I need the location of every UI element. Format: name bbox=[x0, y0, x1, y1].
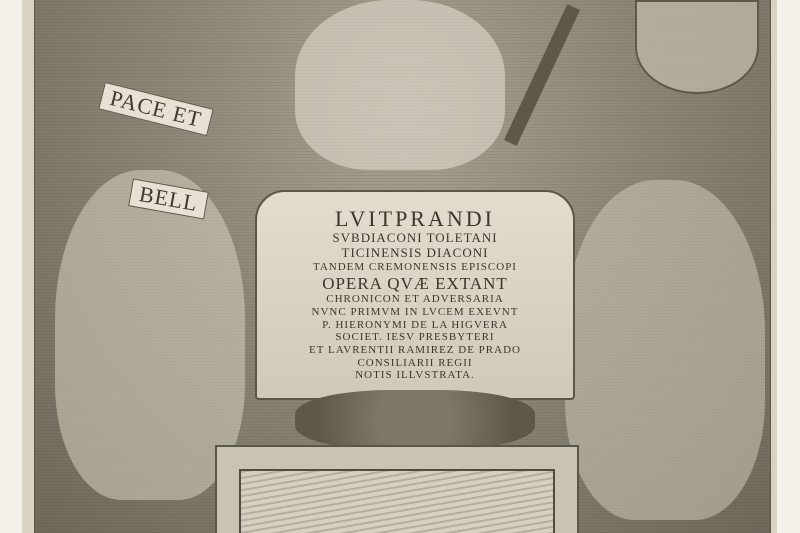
inscription-line: CHRONICON ET ADVERSARIA bbox=[326, 293, 503, 306]
inscription-line: NVNC PRIMVM IN LVCEM EXEVNT bbox=[312, 306, 519, 319]
inscription-line: P. HIERONYMI DE LA HIGVERA bbox=[322, 319, 508, 332]
inscription-pedestal: LVITPRANDI SVBDIACONI TOLETANI TICINENSI… bbox=[255, 190, 575, 400]
inscription-line: LVITPRANDI bbox=[335, 206, 495, 231]
enthroned-figure bbox=[295, 0, 505, 170]
inscription-line: ET LAVRENTII RAMIREZ DE PRADO bbox=[309, 344, 521, 357]
inscription-line: TANDEM CREMONENSIS EPISCOPI bbox=[313, 261, 517, 274]
inscription-line: NOTIS ILLVSTRATA. bbox=[355, 369, 475, 382]
inscription-line: TICINENSIS DIACONI bbox=[342, 246, 489, 261]
engraving: PACE ET BELL LVITPRANDI SVBDIACONI TOLET… bbox=[34, 0, 771, 533]
inscription-line: SVBDIACONI TOLETANI bbox=[332, 231, 497, 246]
pedestal-base bbox=[215, 445, 579, 533]
fruit-garland bbox=[295, 390, 535, 450]
right-figure bbox=[565, 180, 765, 520]
inscription-line: OPERA QVÆ EXTANT bbox=[322, 274, 508, 294]
relief-panel-bull-in-sea bbox=[239, 469, 555, 533]
banner-pace: PACE ET bbox=[98, 82, 213, 136]
coat-of-arms bbox=[635, 0, 759, 94]
torch bbox=[504, 4, 580, 146]
inscription-line: SOCIET. IESV PRESBYTERI bbox=[335, 331, 494, 344]
inscription-line: CONSILIARII REGII bbox=[357, 357, 472, 370]
